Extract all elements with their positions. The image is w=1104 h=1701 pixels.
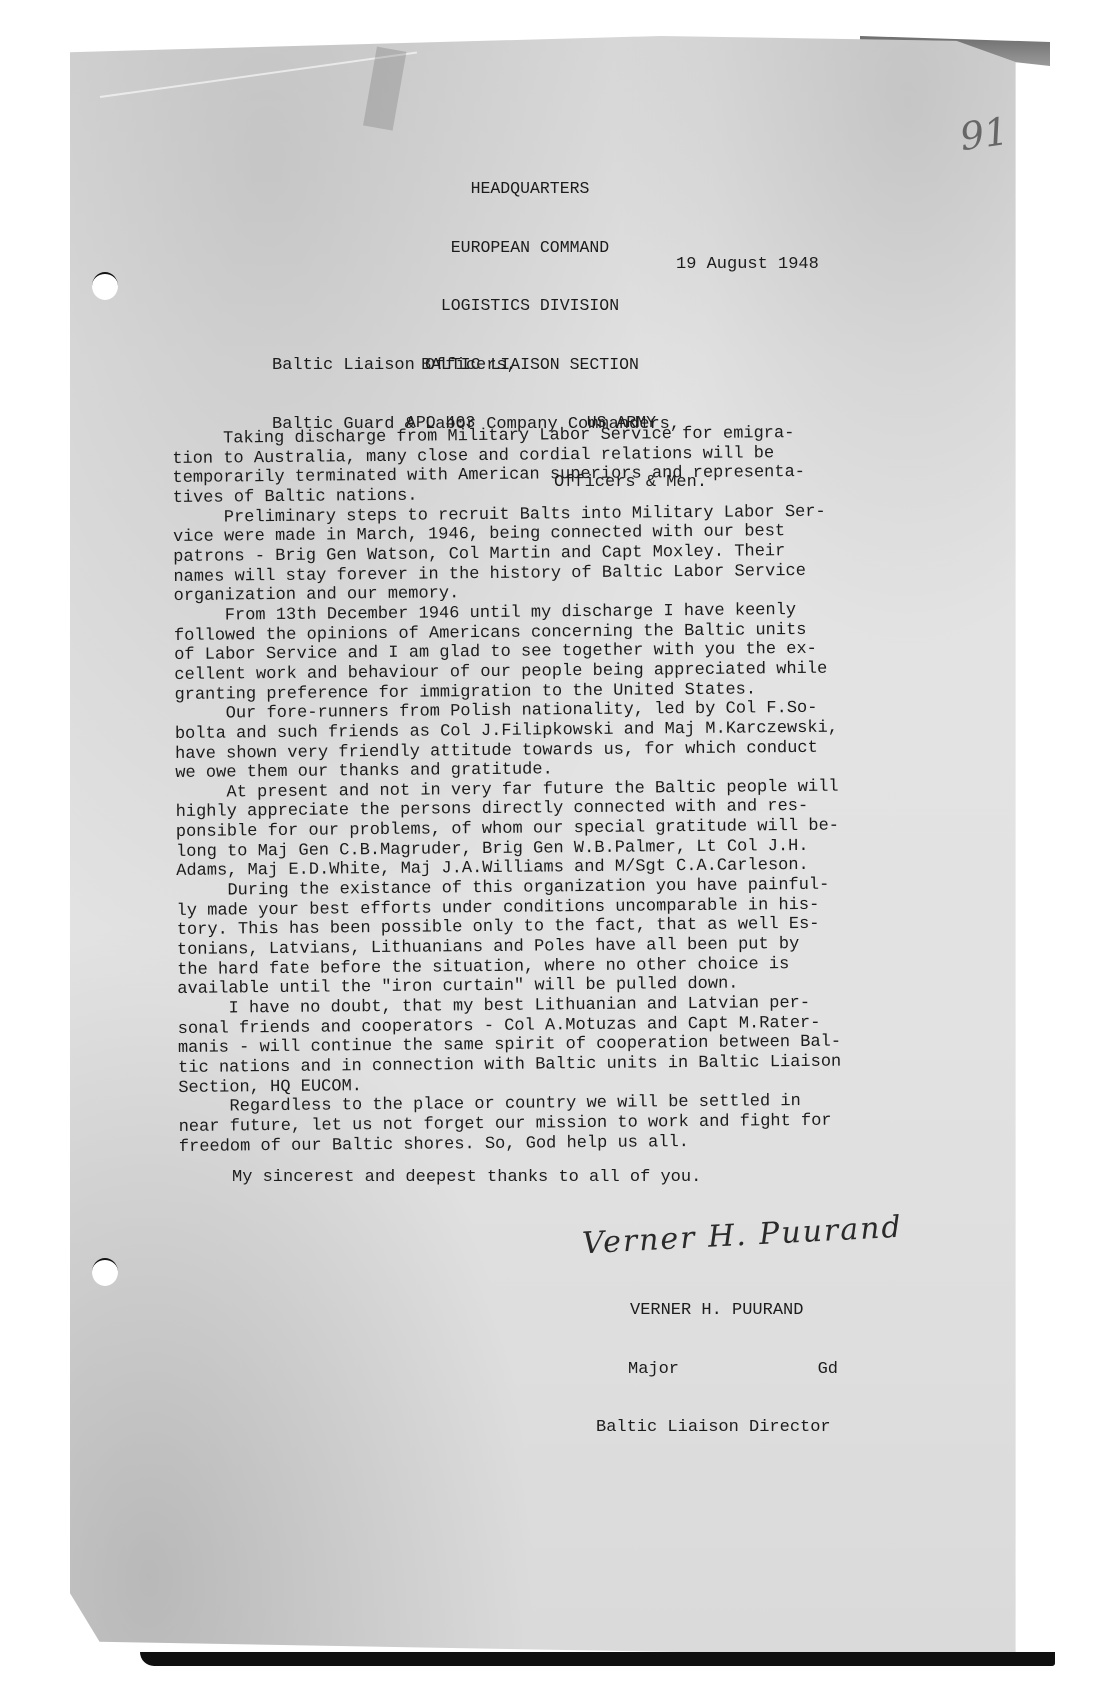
signature-block: VERNER H. PUURAND Major Gd Baltic Liaiso… (596, 1262, 838, 1457)
letterhead-line: HEADQUARTERS (400, 179, 660, 199)
handwritten-page-number: 91 (957, 109, 1011, 159)
letter-date: 19 August 1948 (676, 255, 819, 274)
closing-line: My sincerest and deepest thanks to all o… (232, 1168, 701, 1187)
signer-branch: Gd (818, 1360, 838, 1380)
letter-body: Taking discharge from Military Labor Ser… (172, 423, 939, 1158)
salutation-line: Baltic Liaison Officers, (272, 356, 707, 376)
letterhead-line: EUROPEAN COMMAND (400, 238, 660, 258)
punch-hole-bottom (92, 1258, 118, 1286)
signer-rank-row: Major Gd (628, 1360, 838, 1380)
letterhead-line: LOGISTICS DIVISION (400, 296, 660, 316)
signer-name: VERNER H. PUURAND (630, 1301, 838, 1321)
signer-rank: Major (628, 1360, 679, 1380)
signer-title: Baltic Liaison Director (596, 1418, 838, 1438)
paper-bottom-edge-shadow (140, 1652, 1055, 1666)
punch-hole-top (92, 272, 118, 300)
